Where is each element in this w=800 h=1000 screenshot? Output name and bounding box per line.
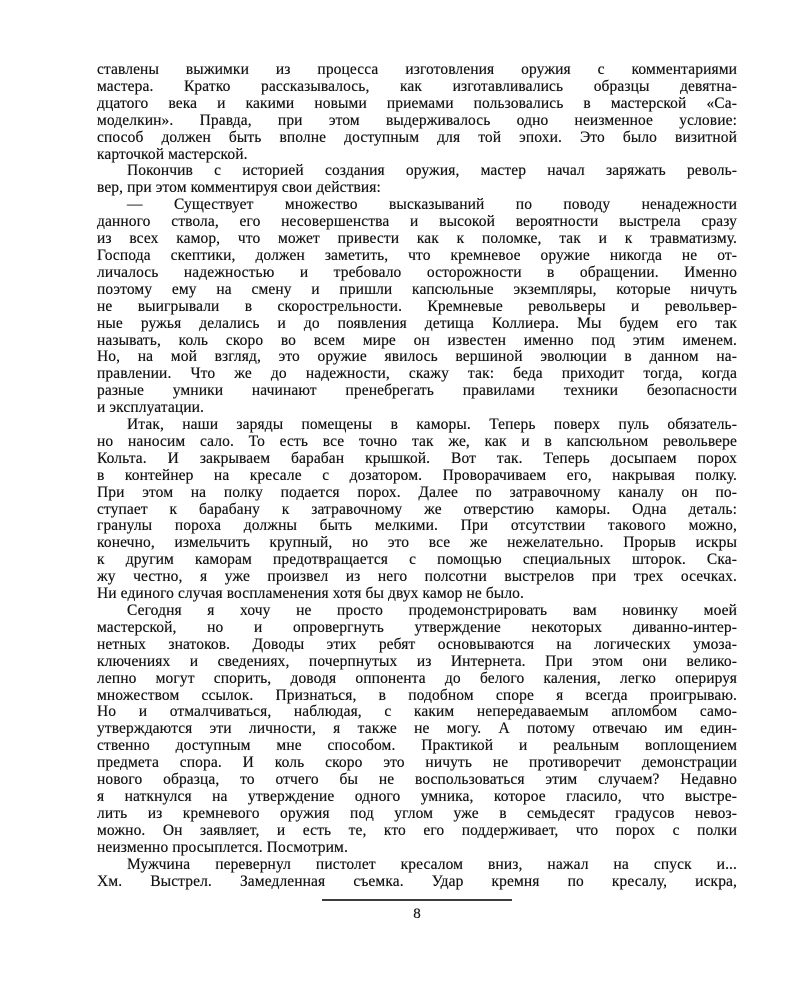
text-line: неизменно просыплется. Посмотрим. (97, 840, 737, 857)
text-line: жу честно, я уже произвел из него полсот… (97, 569, 737, 586)
text-line: лепно могут спорить, доводя оппонента до… (97, 671, 737, 688)
text-line: и эксплуатации. (97, 400, 737, 417)
text-line: предмета спора. И коль скоро это ничуть … (97, 755, 737, 772)
text-line: правлении. Что же до надежности, скажу т… (97, 366, 737, 383)
text-line: множеством ссылок. Признаться, в подобно… (97, 688, 737, 705)
text-line: личалось надежностью и требовало осторож… (97, 265, 737, 282)
paragraph: Мужчина перевернул пистолет кресалом вни… (97, 857, 737, 891)
text-line: ные ружья делались и до появления детища… (97, 316, 737, 333)
paragraph: — Существует множество высказываний по п… (97, 197, 737, 417)
text-line: карточкой мастерской. (97, 147, 737, 164)
text-line: можно. Он заявляет, и есть те, кто его п… (97, 823, 737, 840)
text-line: мастера. Кратко рассказывалось, как изго… (97, 79, 737, 96)
text-line: ственно доступным мне способом. Практико… (97, 738, 737, 755)
text-line: не выигрывали в скорострельности. Кремне… (97, 299, 737, 316)
text-line: из всех камор, что может привести как к … (97, 231, 737, 248)
page-text: ставлены выжимки из процесса изготовлени… (97, 62, 737, 890)
page-footer: 8 (97, 899, 737, 923)
text-line: конечно, измельчить крупный, но это все … (97, 535, 737, 552)
text-line: лить из кремневого оружия под углом уже … (97, 806, 737, 823)
book-page: ставлены выжимки из процесса изготовлени… (0, 0, 800, 1000)
text-line: — Существует множество высказываний по п… (97, 197, 737, 214)
paragraph: Сегодня я хочу не просто продемонстриров… (97, 603, 737, 857)
text-line: способ должен быть вполне доступным для … (97, 130, 737, 147)
text-line: моделкин». Правда, при этом выдерживалос… (97, 113, 737, 130)
text-line: но наносим сало. То есть все точно так ж… (97, 434, 737, 451)
paragraph: Итак, наши заряды помещены в каморы. Теп… (97, 417, 737, 603)
text-line: Покончив с историей создания оружия, мас… (97, 163, 737, 180)
text-line: в контейнер на кресале с дозатором. Пров… (97, 468, 737, 485)
text-line: Но и отмалчиваться, наблюдая, с каким не… (97, 704, 737, 721)
text-line: Хм. Выстрел. Замедленная съемка. Удар кр… (97, 874, 737, 891)
paragraph: ставлены выжимки из процесса изготовлени… (97, 62, 737, 163)
footer-rule (322, 899, 512, 901)
text-line: При этом на полку подается порох. Далее … (97, 485, 737, 502)
text-line: Кольта. И закрываем барабан крышкой. Вот… (97, 451, 737, 468)
text-line: мастерской, но и опровергнуть утверждени… (97, 620, 737, 637)
text-line: Господа скептики, должен заметить, что к… (97, 248, 737, 265)
text-line: данного ствола, его несовершенства и выс… (97, 214, 737, 231)
text-line: дцатого века и какими новыми приемами по… (97, 96, 737, 113)
text-line: поэтому ему на смену и пришли капсюльные… (97, 282, 737, 299)
text-line: ключениях и сведениях, почерпнутых из Ин… (97, 654, 737, 671)
text-line: ставлены выжимки из процесса изготовлени… (97, 62, 737, 79)
text-line: вер, при этом комментируя свои действия: (97, 180, 737, 197)
text-line: утверждаются эти личности, я также не мо… (97, 721, 737, 738)
text-line: гранулы пороха должны быть мелкими. При … (97, 518, 737, 535)
text-line: Но, на мой взгляд, это оружие явилось ве… (97, 349, 737, 366)
text-line: нетных знатоков. Доводы этих ребят основ… (97, 637, 737, 654)
paragraph: Покончив с историей создания оружия, мас… (97, 163, 737, 197)
text-line: Мужчина перевернул пистолет кресалом вни… (97, 857, 737, 874)
text-line: я наткнулся на утверждение одного умника… (97, 789, 737, 806)
text-line: Сегодня я хочу не просто продемонстриров… (97, 603, 737, 620)
text-line: Ни единого случая воспламенения хотя бы … (97, 586, 737, 603)
text-line: ступает к барабану к затравочному же отв… (97, 502, 737, 519)
page-number: 8 (97, 906, 737, 923)
text-line: разные умники начинают пренебрегать прав… (97, 383, 737, 400)
text-line: называть, коль скоро во всем мире он изв… (97, 333, 737, 350)
text-line: к другим каморам предотвращается с помощ… (97, 552, 737, 569)
text-line: Итак, наши заряды помещены в каморы. Теп… (97, 417, 737, 434)
text-line: нового образца, то отчего бы не воспольз… (97, 772, 737, 789)
